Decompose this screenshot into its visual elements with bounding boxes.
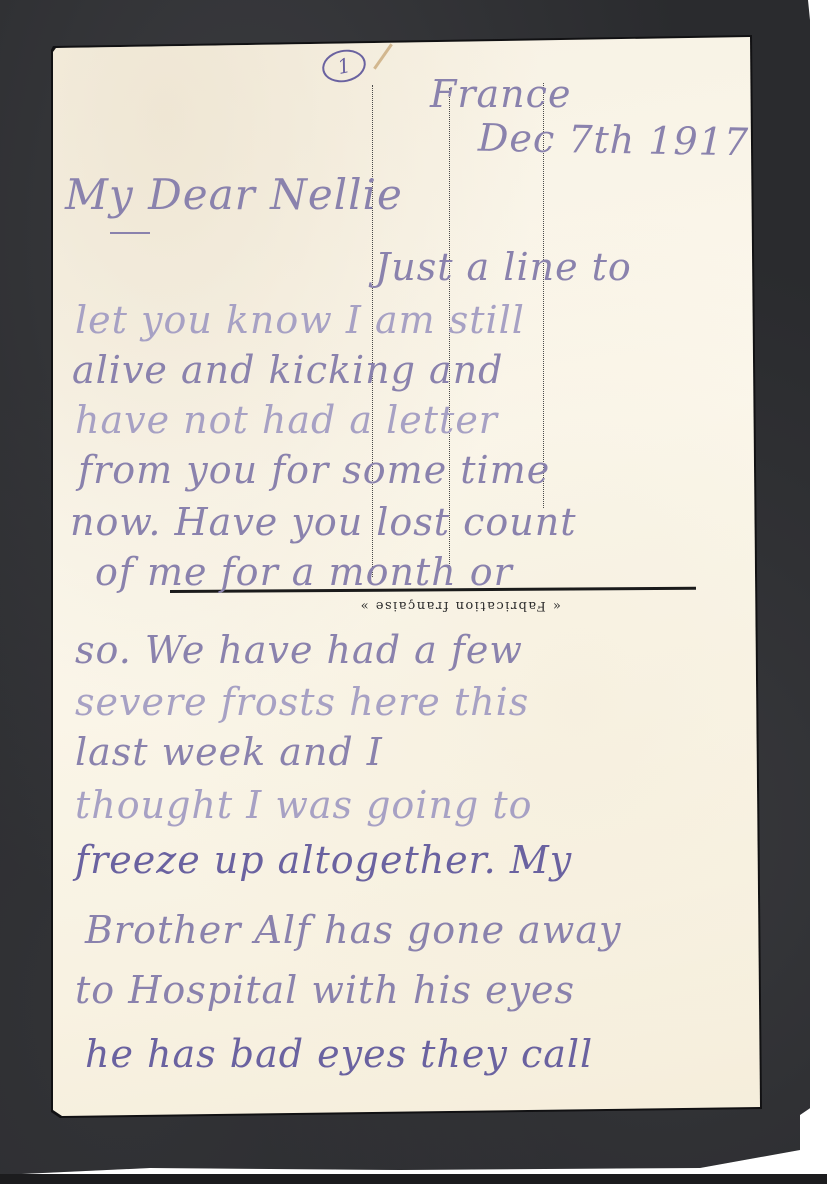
letter-line-4: have not had a letter <box>75 398 498 442</box>
letter-line-15: he has bad eyes they call <box>85 1032 593 1076</box>
place-heading: France <box>430 72 571 116</box>
letter-line-2: let you know I am still <box>75 298 525 342</box>
letter-line-10: last week and I <box>75 730 383 774</box>
scanned-postcard: « Fabrication française » 1 France Dec 7… <box>0 0 827 1184</box>
letter-line-9: severe frosts here this <box>75 680 529 724</box>
letter-line-5: from you for some time <box>78 448 550 492</box>
letter-line-12: freeze up altogether. My <box>75 838 572 882</box>
letter-line-1: Just a line to <box>375 245 632 289</box>
letter-line-11: thought I was going to <box>75 783 532 827</box>
letter-line-13: Brother Alf has gone away <box>85 908 621 952</box>
printed-manufacturer-text: « Fabrication française » <box>330 598 590 613</box>
salutation: My Dear Nellie <box>65 170 403 219</box>
letter-line-3: alive and kicking and <box>72 348 504 392</box>
letter-line-8: so. We have had a few <box>75 628 523 672</box>
scan-bottom-edge <box>0 1174 827 1184</box>
letter-line-14: to Hospital with his eyes <box>75 968 575 1012</box>
date-heading: Dec 7th 1917 <box>478 116 750 165</box>
salutation-underline <box>110 232 150 234</box>
scan-white-margin <box>810 0 827 1170</box>
letter-line-7: of me for a month or <box>95 550 513 594</box>
letter-line-6: now. Have you lost count <box>70 500 577 544</box>
